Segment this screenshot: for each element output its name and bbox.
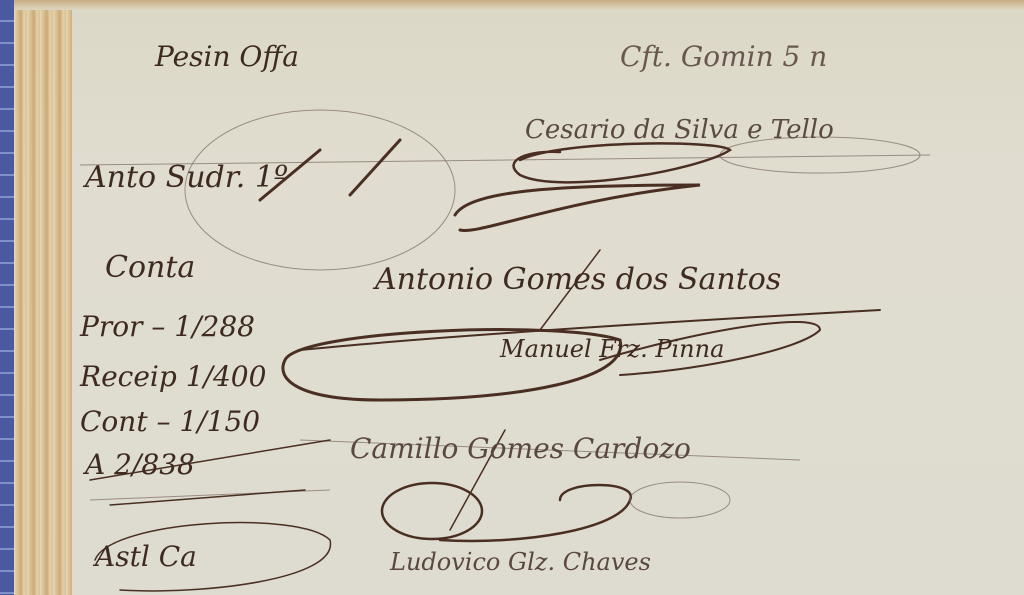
signature-ludovico: Ludovico Glz. Chaves xyxy=(390,548,651,576)
ink-flourishes xyxy=(0,0,1024,595)
account-row: Pror – 1/288 xyxy=(80,310,255,343)
text-top-right: Cft. Gomin 5 n xyxy=(620,40,827,73)
account-total: A 2/838 xyxy=(85,448,195,481)
signature-cesario: Cesario da Silva e Tello xyxy=(525,115,834,145)
text-bottom-left: Astl Ca xyxy=(95,540,197,573)
text-entry-1: Anto Sudr. 1º xyxy=(85,160,288,195)
text-top-left: Pesin Offa xyxy=(155,40,299,73)
signature-camillo: Camillo Gomes Cardozo xyxy=(350,432,691,465)
signature-antonio: Antonio Gomes dos Santos xyxy=(375,262,781,297)
account-row: Cont – 1/150 xyxy=(80,405,260,438)
account-row: Receip 1/400 xyxy=(80,360,266,393)
text-conta: Conta xyxy=(105,250,195,285)
signature-manuel: Manuel Frz. Pinna xyxy=(500,335,724,363)
